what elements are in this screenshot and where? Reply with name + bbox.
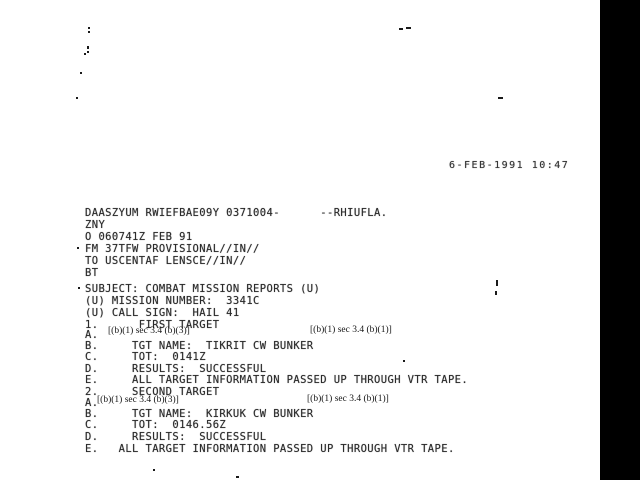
noise-speck [76, 97, 78, 99]
second-target-tot-line: C. TOT: 0146.56Z [85, 419, 226, 431]
noise-speck [403, 360, 405, 362]
first-target-info-line: E. ALL TARGET INFORMATION PASSED UP THRO… [85, 374, 468, 386]
mission-number-line: (U) MISSION NUMBER: 3341C [85, 295, 260, 307]
first-target-tot-line: C. TOT: 0141Z [85, 351, 206, 363]
fax-timestamp: 6-FEB-1991 10:47 [449, 160, 569, 171]
redaction-stamp: [(b)(1) sec 3.4 (b)(3)] [108, 326, 190, 336]
break-text-line: BT [85, 267, 98, 279]
noise-speck [84, 53, 86, 55]
routing-header-line: ZNY [85, 219, 105, 231]
noise-speck [88, 27, 90, 29]
routing-header-line: DAASZYUM RWIEFBAE09Y 0371004- --RHIUFLA. [85, 207, 387, 219]
noise-speck [496, 280, 498, 286]
scanner-edge-bar [600, 0, 640, 480]
noise-speck [495, 291, 497, 295]
noise-speck [399, 28, 403, 30]
noise-speck [498, 97, 503, 99]
from-line: FM 37TFW PROVISIONAL//IN// [85, 243, 260, 255]
second-target-results-line: D. RESULTS: SUCCESSFUL [85, 431, 266, 443]
noise-speck [80, 72, 82, 74]
noise-speck [406, 27, 411, 29]
noise-speck [153, 469, 155, 471]
noise-speck [88, 31, 90, 33]
subject-line: SUBJECT: COMBAT MISSION REPORTS (U) [85, 283, 320, 295]
noise-speck [87, 51, 89, 53]
noise-speck [77, 247, 79, 249]
call-sign-line: (U) CALL SIGN: HAIL 41 [85, 307, 240, 319]
redaction-stamp: [(b)(1) sec 3.4 (b)(1)] [310, 325, 392, 335]
noise-speck [78, 287, 80, 289]
redaction-stamp: [(b)(1) sec 3.4 (b)(3)] [97, 395, 179, 405]
redaction-stamp: [(b)(1) sec 3.4 (b)(1)] [307, 394, 389, 404]
second-target-info-line: E. ALL TARGET INFORMATION PASSED UP THRO… [85, 443, 455, 455]
noise-speck [236, 476, 239, 478]
scanned-document-page: 6-FEB-1991 10:47 DAASZYUM RWIEFBAE09Y 03… [0, 0, 640, 480]
to-line: TO USCENTAF LENSCE//IN// [85, 255, 246, 267]
noise-speck [87, 46, 89, 49]
date-time-group-line: O 060741Z FEB 91 [85, 231, 193, 243]
